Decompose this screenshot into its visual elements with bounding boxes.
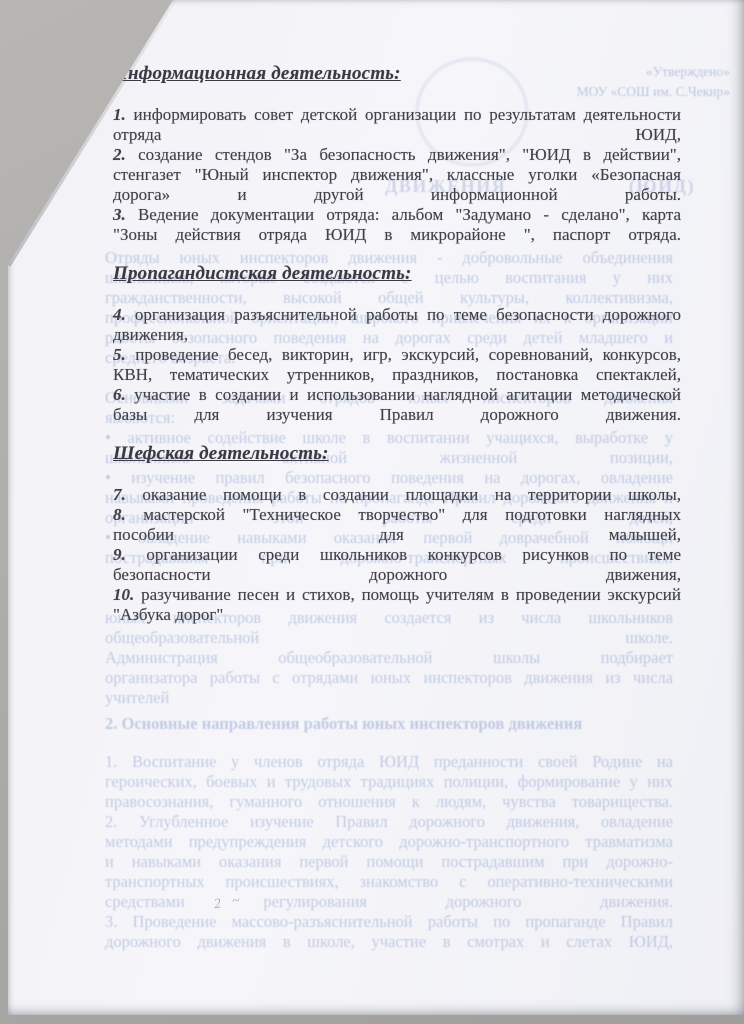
bleedthrough-line: 2. Углубленное изучение Правил дорожного… bbox=[105, 812, 673, 832]
text-line: 5. проведение бесед, викторин, игр, экск… bbox=[113, 345, 681, 365]
bleedthrough-line: методами предупреждения детского дорожно… bbox=[105, 832, 673, 852]
section-heading: Шефская деятельность: bbox=[113, 442, 681, 466]
text-line: дорога» и другой информационной работы. bbox=[113, 185, 681, 205]
bleedthrough-line: общеобразовательной школе. bbox=[105, 628, 673, 648]
item-number: 3. bbox=[113, 205, 126, 224]
item-number: 8. bbox=[113, 505, 126, 524]
section-heading: Информационная деятельность: bbox=[113, 62, 681, 86]
item-number: 4. bbox=[113, 305, 126, 324]
bleedthrough-line: организатора работы с отрядами юных инсп… bbox=[105, 668, 673, 688]
text-line: безопасности дорожного движения, bbox=[113, 565, 681, 585]
text-line: отряда ЮИД, bbox=[113, 125, 681, 145]
text-line: 9. организации среди школьников конкурсо… bbox=[113, 545, 681, 565]
text-line: стенгазет "Юный инспектор движения", кла… bbox=[113, 165, 681, 185]
text-line: 10. разучивание песен и стихов, помощь у… bbox=[113, 585, 681, 605]
bleedthrough-text-block: 1. Воспитание у членов отряда ЮИД предан… bbox=[105, 752, 673, 952]
text-line: движения, bbox=[113, 325, 681, 345]
section-2: Пропагандистская деятельность:4. организ… bbox=[113, 262, 681, 425]
text-line: 7. оказание помощи в создании площадки н… bbox=[113, 485, 681, 505]
bleedthrough-line: правосознания, гуманного отношения к люд… bbox=[105, 792, 673, 812]
text-line: "Азбука дорог" bbox=[113, 605, 681, 625]
bleedthrough-line: учителей bbox=[105, 688, 673, 708]
text-line: 4. организация разъяснительной работы по… bbox=[113, 305, 681, 325]
item-number: 5. bbox=[113, 345, 126, 364]
document-body: Информационная деятельность:1. информиро… bbox=[113, 62, 681, 625]
text-line: 3. Ведение документации отряда: альбом "… bbox=[113, 205, 681, 225]
bleedthrough-line: средствами регулирования дорожного движе… bbox=[105, 892, 673, 912]
bleedthrough-line: 1. Воспитание у членов отряда ЮИД предан… bbox=[105, 752, 673, 772]
text-line: 2. создание стендов "За безопасность дви… bbox=[113, 145, 681, 165]
section-heading: Пропагандистская деятельность: bbox=[113, 262, 681, 286]
text-line: 8. мастерской "Техническое творчество" д… bbox=[113, 505, 681, 525]
text-line: 1. информировать совет детской организац… bbox=[113, 105, 681, 125]
bleedthrough-line: дорожного движения в школе, участие в см… bbox=[105, 932, 673, 952]
item-number: 10. bbox=[113, 585, 134, 604]
paper-sheet: «Утверждено»МОУ «СОШ им. С.Чекир»ДВИЖЕНИ… bbox=[8, 0, 744, 1015]
text-line: базы для изучения Правил дорожного движе… bbox=[113, 405, 681, 425]
text-line: пособии для малышей, bbox=[113, 525, 681, 545]
bleedthrough-line: 3. Проведение массово-разъяснительной ра… bbox=[105, 912, 673, 932]
section-1: Информационная деятельность:1. информиро… bbox=[113, 62, 681, 245]
scanned-document-page: «Утверждено»МОУ «СОШ им. С.Чекир»ДВИЖЕНИ… bbox=[0, 0, 744, 1024]
item-number: 2. bbox=[113, 145, 126, 164]
text-line: "Зоны действия отряда ЮИД в микрорайоне … bbox=[113, 225, 681, 245]
bleedthrough-line: Администрация общеобразовательной школы … bbox=[105, 648, 673, 668]
bleedthrough-line: героических, боевых и трудовых традициях… bbox=[105, 772, 673, 792]
section-3: Шефская деятельность:7. оказание помощи … bbox=[113, 442, 681, 625]
item-number: 1. bbox=[113, 105, 126, 124]
bleedthrough-line: транспортных происшествиях, знакомство с… bbox=[105, 872, 673, 892]
text-line: КВН, тематических утренников, праздников… bbox=[113, 365, 681, 385]
item-number: 7. bbox=[113, 485, 126, 504]
text-line: 6. участие в создании и использовании на… bbox=[113, 385, 681, 405]
item-number: 6. bbox=[113, 385, 126, 404]
bleedthrough-line: 2. Основные направления работы юных инсп… bbox=[105, 714, 673, 734]
item-number: 9. bbox=[113, 545, 126, 564]
bleedthrough-text-block: 2. Основные направления работы юных инсп… bbox=[105, 714, 673, 734]
bleedthrough-line: и навыками оказания первой помощи постра… bbox=[105, 852, 673, 872]
